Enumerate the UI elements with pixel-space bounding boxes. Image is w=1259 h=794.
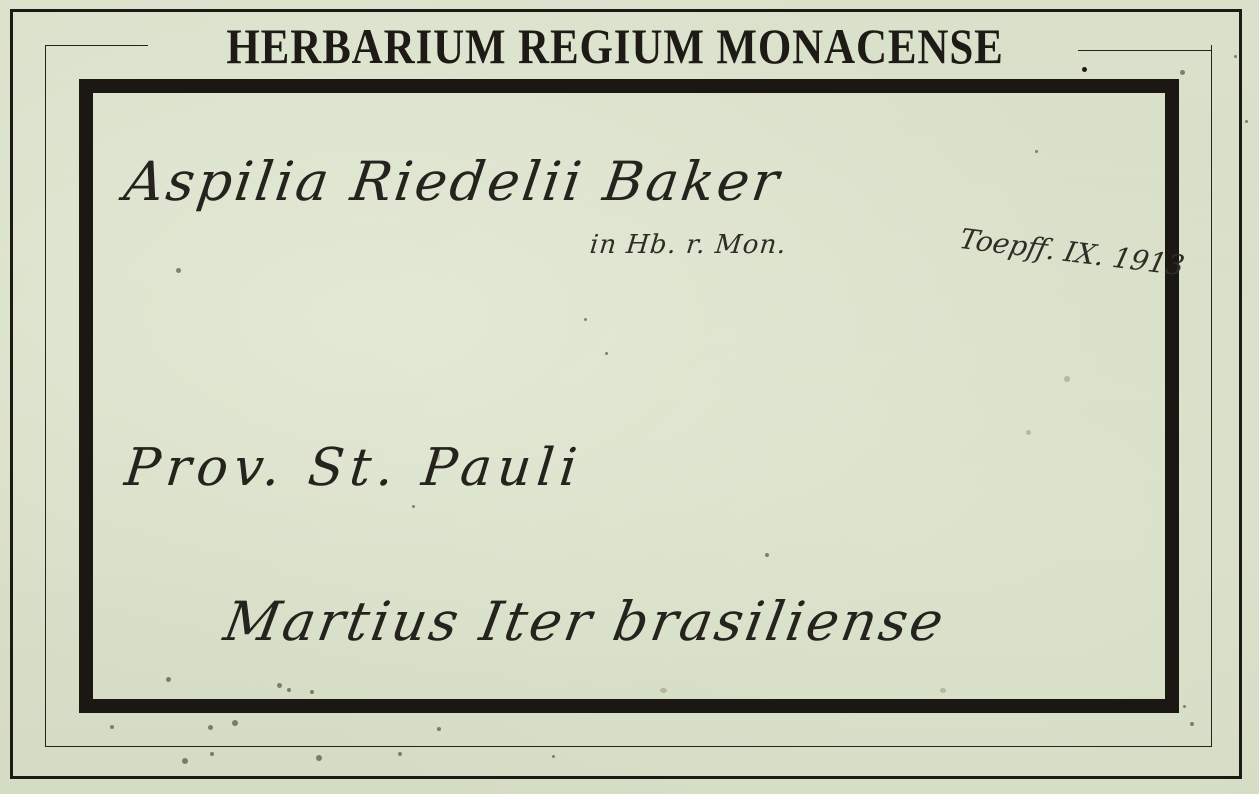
- middle-border-top-left-segment: [45, 45, 148, 46]
- locality: Prov. St. Pauli: [122, 438, 586, 498]
- species-name: Aspilia Riedelii Baker: [121, 150, 786, 213]
- institution-title: HERBARIUM REGIUM MONACENSE: [215, 14, 1015, 78]
- middle-border-top-right-segment: [1078, 50, 1212, 51]
- title-period-mark: [1082, 67, 1087, 72]
- publication-note: in Hb. r. Mon.: [588, 230, 788, 260]
- collector-source: Martius Iter brasiliense: [219, 590, 951, 653]
